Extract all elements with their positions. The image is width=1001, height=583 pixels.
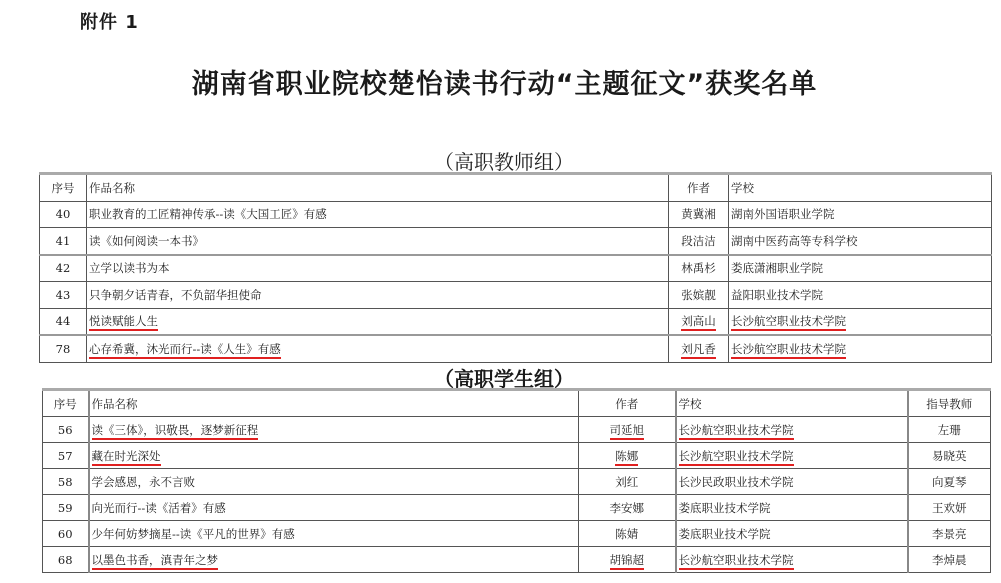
column-header-no: 序号 [40, 174, 87, 202]
row-title: 立学以读书为本 [87, 255, 669, 282]
row-author-cell: 司延旭 [579, 417, 676, 443]
row-no: 58 [43, 469, 89, 495]
row-author-cell: 刘高山 [669, 308, 729, 335]
column-header-title: 作品名称 [87, 174, 669, 202]
teacher-awards-table: 序号 作品名称 作者 学校 40 职业教育的工匠精神传承--读《大国工匠》有感 … [39, 172, 992, 363]
row-no: 56 [43, 417, 89, 443]
row-school-cell: 长沙航空职业技术学院 [729, 308, 992, 335]
row-title: 学会感恩，永不言败 [89, 469, 579, 495]
row-school: 娄底潇湘职业学院 [729, 255, 992, 282]
row-school: 娄底职业技术学院 [676, 521, 908, 547]
row-school-cell: 长沙航空职业技术学院 [676, 417, 908, 443]
row-title: 以墨色书香，滇青年之梦 [92, 553, 219, 570]
row-advisor: 易晓英 [908, 443, 991, 469]
row-author: 黄冀湘 [669, 201, 729, 228]
table-row: 60 少年何妨梦摘星--读《平凡的世界》有感 陈婧 娄底职业技术学院 李景亮 [43, 521, 991, 547]
column-header-author: 作者 [669, 174, 729, 202]
row-school: 长沙民政职业技术学院 [676, 469, 908, 495]
row-author: 司延旭 [610, 423, 645, 440]
row-no: 41 [40, 228, 87, 255]
row-title-cell: 以墨色书香，滇青年之梦 [89, 547, 579, 573]
table-row: 58 学会感恩，永不言败 刘红 长沙民政职业技术学院 向夏琴 [43, 469, 991, 495]
row-advisor: 李焯晨 [908, 547, 991, 573]
row-school-cell: 长沙航空职业技术学院 [676, 547, 908, 573]
row-author: 陈娜 [615, 449, 638, 466]
row-school: 长沙航空职业技术学院 [731, 314, 846, 331]
row-no: 44 [40, 308, 87, 335]
row-title: 职业教育的工匠精神传承--读《大国工匠》有感 [87, 201, 669, 228]
row-title: 心存希冀，沐光而行--读《人生》有感 [89, 342, 281, 359]
row-author: 胡锦超 [610, 553, 645, 570]
row-school: 长沙航空职业技术学院 [679, 449, 794, 466]
student-awards-table: 序号 作品名称 作者 学校 指导教师 56 读《三体》，识敬畏，逐梦新征程 司延… [42, 388, 991, 573]
row-school: 湖南中医药高等专科学校 [729, 228, 992, 255]
row-author: 张嫔靓 [669, 282, 729, 309]
table-row: 41 读《如何阅读一本书》 段洁洁 湖南中医药高等专科学校 [40, 228, 992, 255]
row-author: 李安娜 [579, 495, 676, 521]
table-header-row: 序号 作品名称 作者 学校 [40, 174, 992, 202]
row-no: 43 [40, 282, 87, 309]
table-header-row: 序号 作品名称 作者 学校 指导教师 [43, 390, 991, 417]
row-school-cell: 长沙航空职业技术学院 [729, 335, 992, 362]
row-author: 林禹杉 [669, 255, 729, 282]
table-row: 43 只争朝夕话青春，不负韶华担使命 张嫔靓 益阳职业技术学院 [40, 282, 992, 309]
column-header-author: 作者 [579, 390, 676, 417]
row-advisor: 王欢妍 [908, 495, 991, 521]
column-header-school: 学校 [729, 174, 992, 202]
row-title: 少年何妨梦摘星--读《平凡的世界》有感 [89, 521, 579, 547]
row-no: 68 [43, 547, 89, 573]
row-title-cell: 悦读赋能人生 [87, 308, 669, 335]
row-title: 悦读赋能人生 [89, 314, 158, 331]
row-title: 藏在时光深处 [92, 449, 161, 466]
row-title-cell: 藏在时光深处 [89, 443, 579, 469]
row-school: 益阳职业技术学院 [729, 282, 992, 309]
column-header-title: 作品名称 [89, 390, 579, 417]
column-header-advisor: 指导教师 [908, 390, 991, 417]
row-advisor: 向夏琴 [908, 469, 991, 495]
row-title: 读《三体》，识敬畏，逐梦新征程 [92, 423, 259, 440]
row-advisor: 左珊 [908, 417, 991, 443]
row-school: 娄底职业技术学院 [676, 495, 908, 521]
row-no: 42 [40, 255, 87, 282]
row-advisor: 李景亮 [908, 521, 991, 547]
table-row: 59 向光而行--读《活着》有感 李安娜 娄底职业技术学院 王欢妍 [43, 495, 991, 521]
row-author: 陈婧 [579, 521, 676, 547]
row-author-cell: 刘凡香 [669, 335, 729, 362]
row-school: 长沙航空职业技术学院 [679, 553, 794, 570]
row-title: 向光而行--读《活着》有感 [89, 495, 579, 521]
column-header-no: 序号 [43, 390, 89, 417]
table-row-highlighted: 78 心存希冀，沐光而行--读《人生》有感 刘凡香 长沙航空职业技术学院 [40, 335, 992, 362]
table-row: 40 职业教育的工匠精神传承--读《大国工匠》有感 黄冀湘 湖南外国语职业学院 [40, 201, 992, 228]
table-row: 42 立学以读书为本 林禹杉 娄底潇湘职业学院 [40, 255, 992, 282]
row-author: 段洁洁 [669, 228, 729, 255]
table-row-highlighted: 68 以墨色书香，滇青年之梦 胡锦超 长沙航空职业技术学院 李焯晨 [43, 547, 991, 573]
row-author-cell: 陈娜 [579, 443, 676, 469]
row-title: 读《如何阅读一本书》 [87, 228, 669, 255]
table-row-highlighted: 56 读《三体》，识敬畏，逐梦新征程 司延旭 长沙航空职业技术学院 左珊 [43, 417, 991, 443]
page-title: 湖南省职业院校楚怡读书行动“主题征文”获奖名单 [0, 62, 1001, 101]
row-no: 40 [40, 201, 87, 228]
row-no: 78 [40, 335, 87, 362]
row-author: 刘高山 [681, 314, 716, 331]
row-title-cell: 心存希冀，沐光而行--读《人生》有感 [87, 335, 669, 362]
row-school: 长沙航空职业技术学院 [731, 342, 846, 359]
row-author: 刘红 [579, 469, 676, 495]
row-no: 57 [43, 443, 89, 469]
table-row-highlighted: 44 悦读赋能人生 刘高山 长沙航空职业技术学院 [40, 308, 992, 335]
row-author: 刘凡香 [681, 342, 716, 359]
row-author-cell: 胡锦超 [579, 547, 676, 573]
row-no: 59 [43, 495, 89, 521]
table-row-highlighted: 57 藏在时光深处 陈娜 长沙航空职业技术学院 易晓英 [43, 443, 991, 469]
row-school: 湖南外国语职业学院 [729, 201, 992, 228]
teacher-group-heading: （高职教师组） [434, 146, 574, 175]
row-no: 60 [43, 521, 89, 547]
attachment-label: 附件 1 [80, 8, 139, 34]
row-school: 长沙航空职业技术学院 [679, 423, 794, 440]
row-title: 只争朝夕话青春，不负韶华担使命 [87, 282, 669, 309]
row-school-cell: 长沙航空职业技术学院 [676, 443, 908, 469]
column-header-school: 学校 [676, 390, 908, 417]
row-title-cell: 读《三体》，识敬畏，逐梦新征程 [89, 417, 579, 443]
